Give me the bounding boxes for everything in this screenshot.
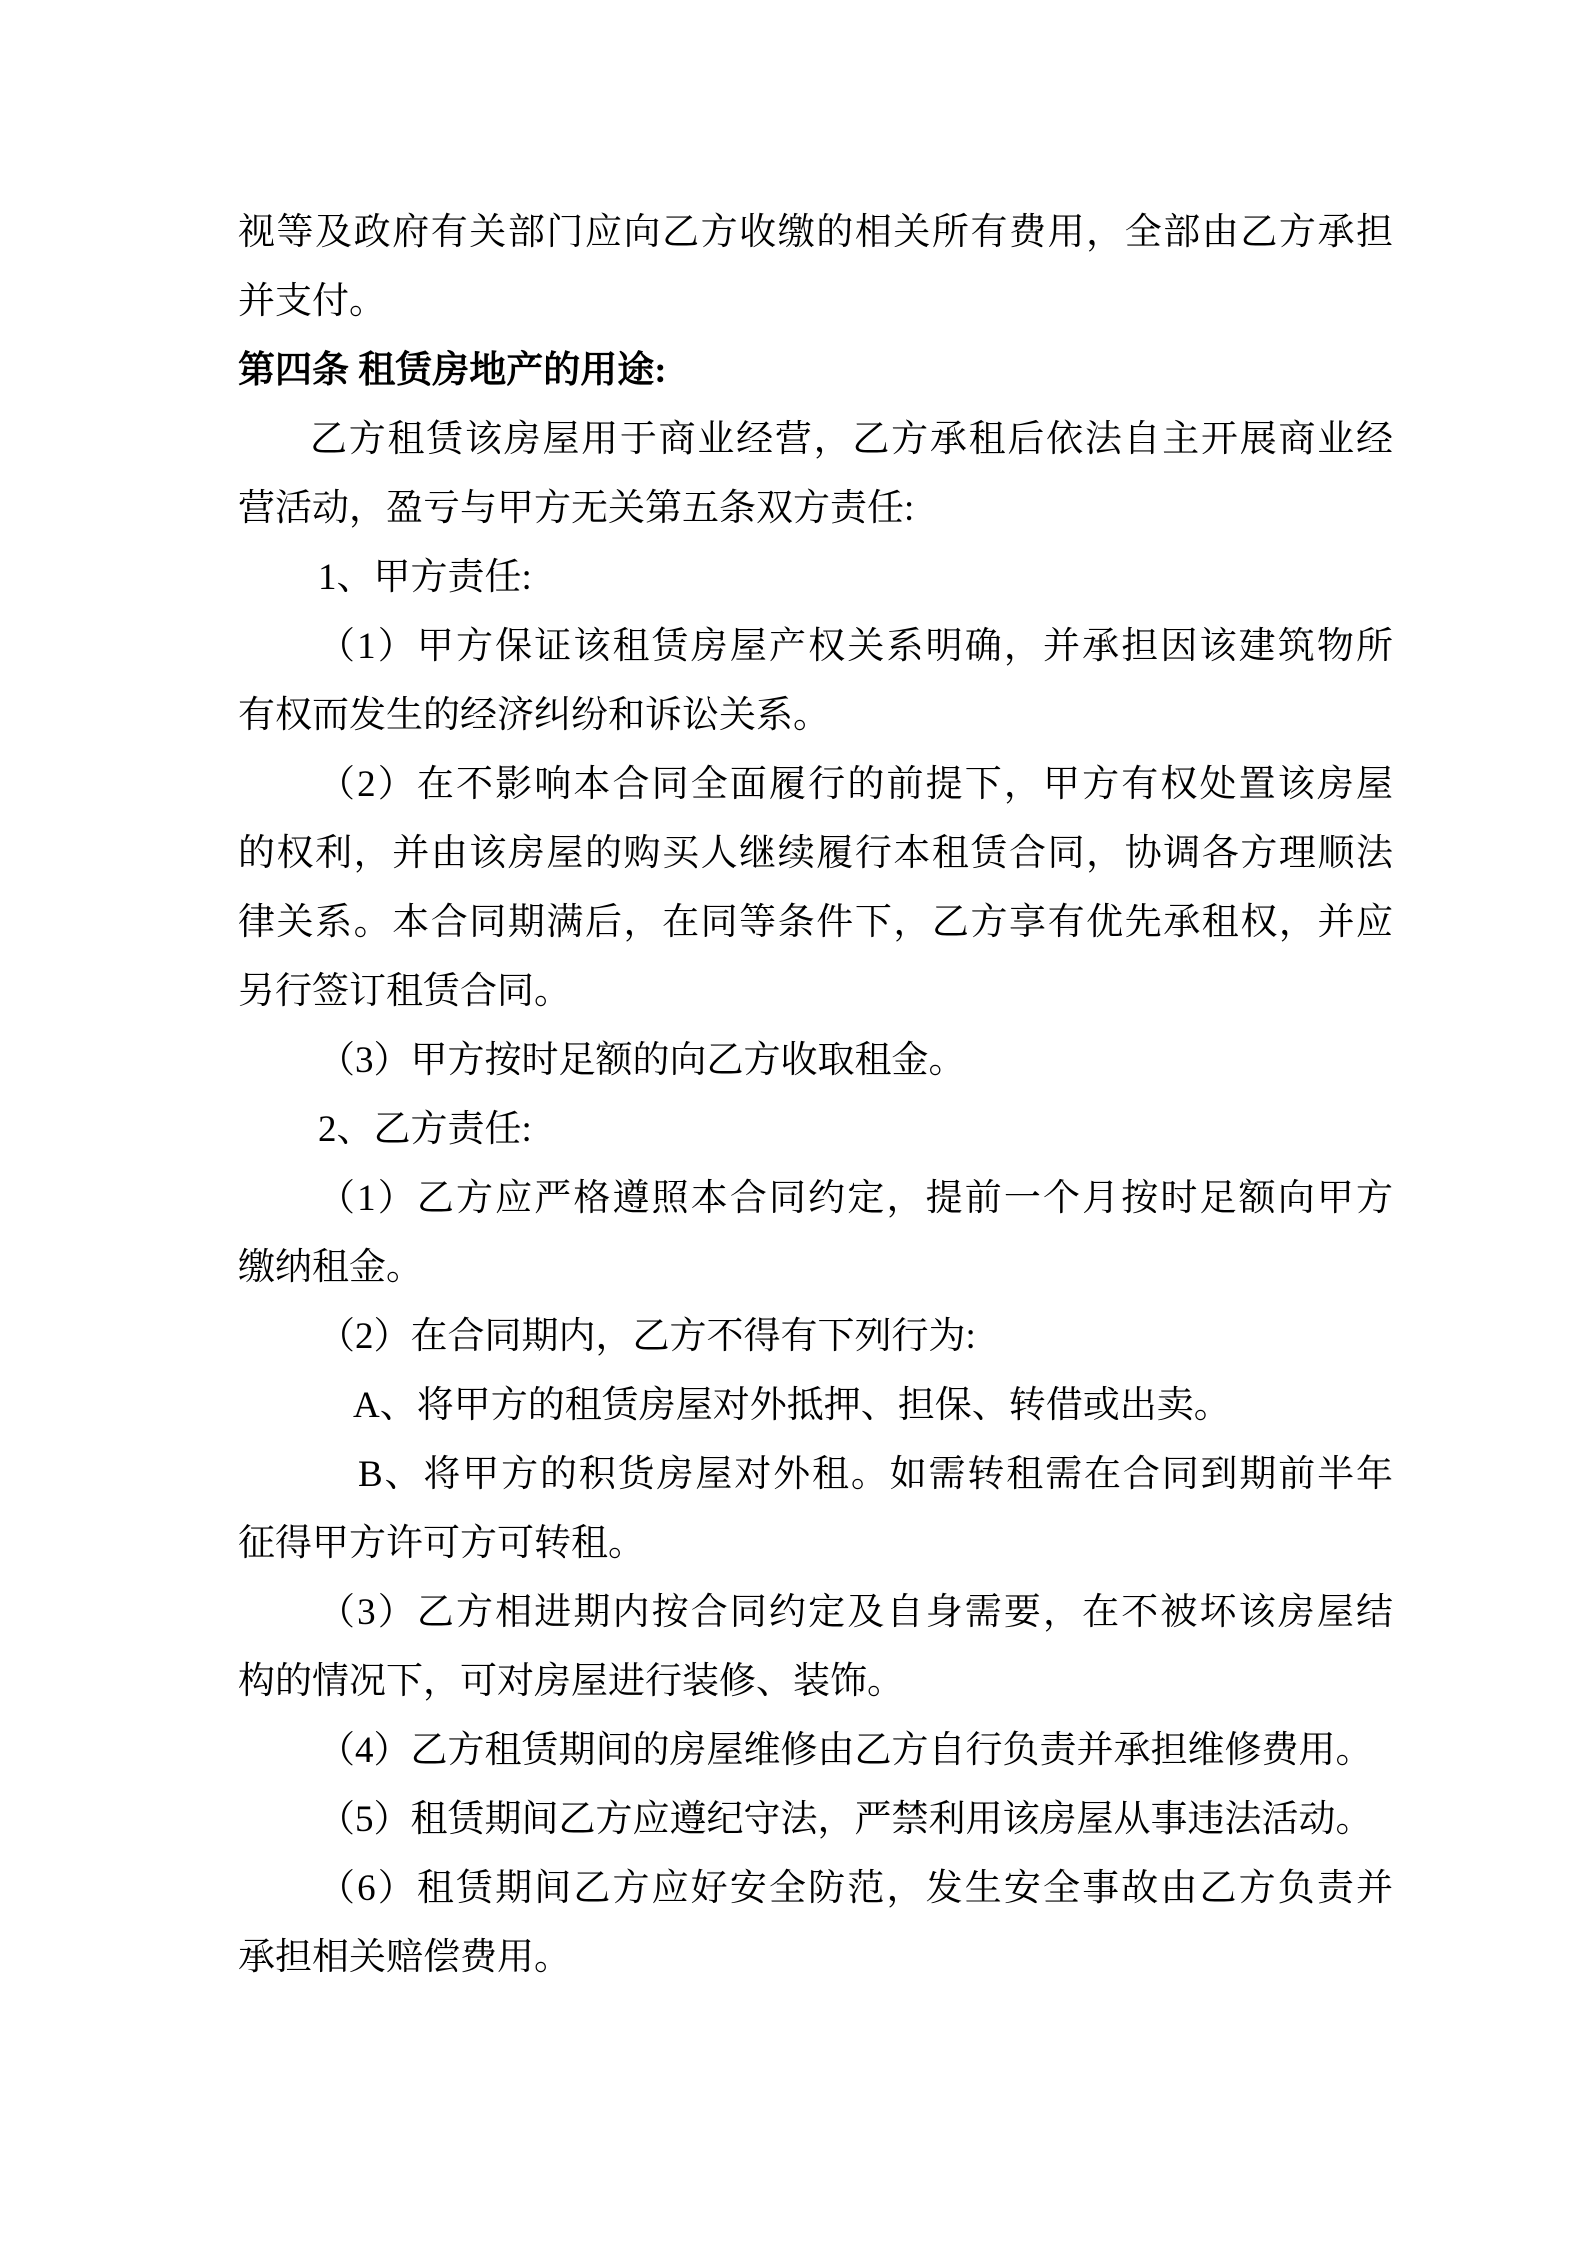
text-line: 承担相关赔偿费用。	[238, 1923, 1393, 1992]
text-line: 征得甲方许可方可转租。	[238, 1509, 1393, 1578]
text-line: 的权利，并由该房屋的购买人继续履行本租赁合同，协调各方理顺法	[238, 819, 1393, 888]
text-line: （2）在合同期内，乙方不得有下列行为:	[238, 1302, 1393, 1371]
text-line: 2、乙方责任:	[238, 1095, 1393, 1164]
text-line: 乙方租赁该房屋用于商业经营，乙方承租后依法自主开展商业经	[238, 405, 1393, 474]
text-line: 构的情况下，可对房屋进行装修、装饰。	[238, 1647, 1393, 1716]
text-line: （1）乙方应严格遵照本合同约定，提前一个月按时足额向甲方	[238, 1164, 1393, 1233]
text-line: 视等及政府有关部门应向乙方收缴的相关所有费用，全部由乙方承担	[238, 198, 1393, 267]
text-line: （2）在不影响本合同全面履行的前提下，甲方有权处置该房屋	[238, 750, 1393, 819]
text-line: 缴纳租金。	[238, 1233, 1393, 1302]
section-heading-line: 第四条 租赁房地产的用途:	[238, 336, 1393, 405]
text-line: （6）租赁期间乙方应好安全防范，发生安全事故由乙方负责并	[238, 1854, 1393, 1923]
text-line: B、将甲方的积货房屋对外租。如需转租需在合同到期前半年	[238, 1440, 1393, 1509]
document-body: 视等及政府有关部门应向乙方收缴的相关所有费用，全部由乙方承担并支付。第四条 租赁…	[0, 0, 1393, 1992]
document-page: 视等及政府有关部门应向乙方收缴的相关所有费用，全部由乙方承担并支付。第四条 租赁…	[0, 0, 1587, 2245]
text-line: （5）租赁期间乙方应遵纪守法，严禁利用该房屋从事违法活动。	[238, 1785, 1393, 1854]
text-line: 并支付。	[238, 267, 1393, 336]
text-line: 另行签订租赁合同。	[238, 957, 1393, 1026]
text-line: 有权而发生的经济纠纷和诉讼关系。	[238, 681, 1393, 750]
text-line: 营活动，盈亏与甲方无关第五条双方责任:	[238, 474, 1393, 543]
text-line: 律关系。本合同期满后，在同等条件下，乙方享有优先承租权，并应	[238, 888, 1393, 957]
text-line: A、将甲方的租赁房屋对外抵押、担保、转借或出卖。	[238, 1371, 1393, 1440]
text-line: （3）甲方按时足额的向乙方收取租金。	[238, 1026, 1393, 1095]
text-line: 1、甲方责任:	[238, 543, 1393, 612]
text-line: （3）乙方相进期内按合同约定及自身需要，在不被坏该房屋结	[238, 1578, 1393, 1647]
text-line: （4）乙方租赁期间的房屋维修由乙方自行负责并承担维修费用。	[238, 1716, 1393, 1785]
text-line: （1）甲方保证该租赁房屋产权关系明确，并承担因该建筑物所	[238, 612, 1393, 681]
